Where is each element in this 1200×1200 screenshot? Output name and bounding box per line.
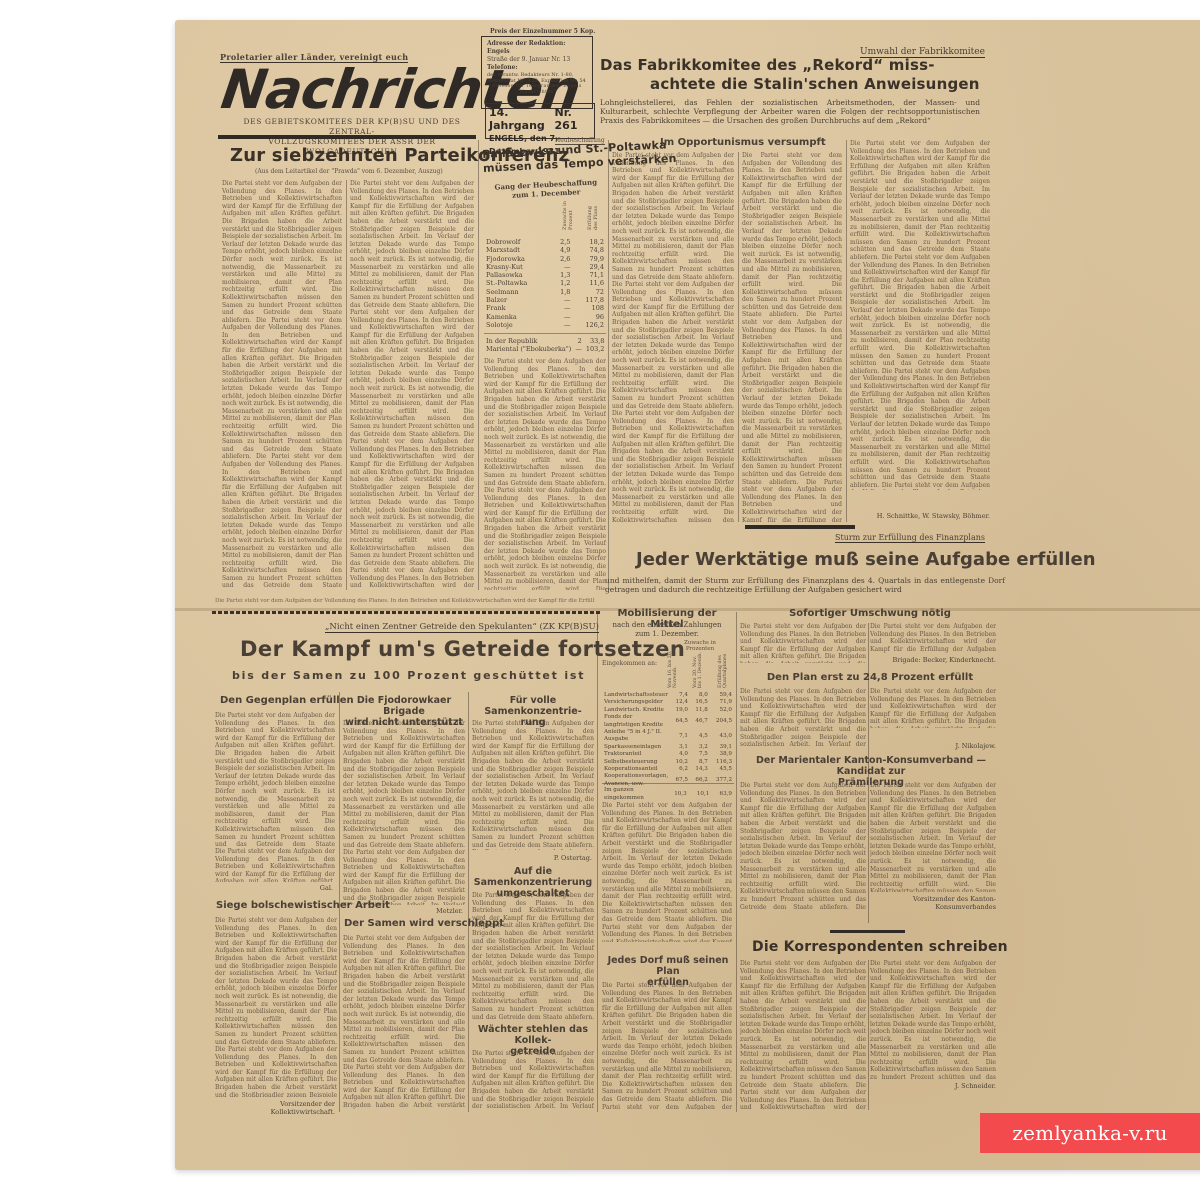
col-header: Erfüllung des Plans [587, 200, 599, 230]
table-row: Mariental ("Ebokuberka")—103,2 [484, 345, 606, 353]
column-divider [608, 140, 609, 590]
address-detail: Straße der 9. Januar Nr. 13 [487, 56, 587, 64]
col-header: Erfüllung des Quartalplanes [718, 648, 728, 688]
cell-value: 14,3 [690, 766, 710, 773]
cell-value: 11,6 [572, 279, 606, 287]
headline-rekord-line1: Das Fabrikkomitee des „Rekord“ miss- [600, 56, 980, 75]
mobilisierung-col-headers: Vom 16. bis 20. Novemb. Vom 20. Nov. bis… [660, 648, 735, 688]
cell-value: 4,9 [551, 246, 572, 254]
cell-value: 7,5 [690, 751, 710, 758]
table-rule [484, 333, 606, 334]
article-body: Die Partei steht vor dem Aufgaben der Vo… [742, 152, 842, 522]
cell-value: 18,2 [572, 238, 606, 246]
row-label: Dobrowolf [484, 238, 551, 246]
cell-value: 4,0 [670, 751, 690, 758]
row-label: Anleihe "5 in 4 J." II. Ausgabe [602, 729, 670, 744]
table-row: Marxstadt4,974,8 [484, 246, 606, 254]
headline-korrespondenten: Die Korrespondenten schreiben [752, 939, 1008, 955]
cell-value: 2,5 [551, 238, 572, 246]
total-b: 10,1 [689, 786, 712, 803]
phone-detail: des verantw. Redakteurs Nr. 1-80, Sekret… [487, 72, 587, 84]
cell-value: 1,3 [551, 271, 572, 279]
article-body: Die Partei steht vor dem Aufgaben der Vo… [350, 180, 474, 590]
row-label: Landwirtschaftssteuer [602, 692, 670, 699]
table-row: Anleihe "5 in 4 J." II. Ausgabe7,14,543,… [602, 729, 734, 744]
cell-value: 74,8 [572, 246, 606, 254]
total-label: Im ganzen eingekommen [602, 786, 666, 803]
issue-number: Nr. 261 [555, 106, 591, 132]
row-label: Frank [484, 304, 551, 312]
cell-value: 38,9 [710, 751, 734, 758]
signature-gegenplan: Gal. [215, 884, 333, 892]
headline-waechter-line1: Wächter stehlen das Kollek- [472, 1024, 594, 1046]
column-divider [868, 623, 869, 923]
article-body: Die Partei steht vor dem Aufgaben der Vo… [870, 960, 996, 1080]
table-row: Sparkasseneinlagen3,13,239,1 [602, 744, 734, 751]
row-label: Balzer [484, 296, 551, 304]
phone-label: Telefone: [487, 64, 587, 72]
source-parteikonferenz: (Aus dem Leitartikel der "Prawda" vom 6.… [255, 168, 443, 175]
cell-value: 2 [573, 337, 584, 345]
pallasowka-col-headers: Zuwachs in Prozent Erfüllung des Plans [555, 200, 605, 230]
signature-mariental: Vorsitzender des Kanton-Konsumverbandes [870, 895, 996, 911]
cell-value: 45,5 [710, 766, 734, 773]
table-row: Seelmann1,872 [484, 288, 606, 296]
table-row: Balzer—117,8 [484, 296, 606, 304]
lead-rekord: Lohngleichstellerei, das Fehlen der sozi… [600, 98, 980, 125]
cell-value: 11,8 [690, 707, 710, 714]
table-row: In der Republik233,8 [484, 337, 606, 345]
signature-samenkonz: P. Ostertag. [472, 854, 592, 862]
article-body: Die Partei steht vor dem Aufgaben der Vo… [870, 782, 996, 892]
article-body: Die Partei steht vor dem Aufgaben der Vo… [740, 960, 866, 1110]
cell-value: 1,2 [551, 279, 572, 287]
cell-value: 8,7 [690, 759, 710, 766]
col-header: Vom 16. bis 20. Novemb. [668, 648, 678, 688]
cell-value: 46,7 [690, 714, 710, 729]
signature-bolschewistisch: Vorsitzender der Kollektivwirtschaft. [215, 1100, 335, 1116]
cell-value: 3,1 [670, 744, 690, 751]
total-a: 10,3 [666, 786, 689, 803]
article-body: Die Partei steht vor dem Aufgaben der Vo… [343, 935, 465, 1110]
telegram-address: Adresse für Telegramme: Engels "Nachrich… [487, 84, 587, 96]
row-label: Mariental ("Ebokuberka") [484, 345, 573, 353]
cell-value: 204,5 [710, 714, 734, 729]
subtitle-getreide: bis der Samen zu 100 Prozent geschüttet … [232, 669, 585, 682]
cell-value: 43,0 [710, 729, 734, 744]
info-box: Adresse der Redaktion: Engels Straße der… [481, 36, 593, 109]
masthead-rule [218, 135, 476, 139]
column-divider [868, 960, 869, 1110]
cell-value: 2,6 [551, 255, 572, 263]
row-label: Fjodorowka [484, 255, 551, 263]
column-divider [736, 612, 737, 1112]
masthead-subtitle-line1: DES GEBIETSKOMITEES DER KP(B)SU UND DES … [232, 117, 472, 137]
section-rule [830, 930, 905, 933]
article-body: Die Partei steht vor dem Aufgaben der Vo… [870, 623, 996, 653]
table-row: Krasny-Kut—29,4 [484, 263, 606, 271]
row-label: Fonds der langfristigen Kredite [602, 714, 670, 729]
row-label: Marxstadt [484, 246, 551, 254]
column-divider [339, 692, 340, 1112]
cell-value: 79,9 [572, 255, 606, 263]
row-label: Versicherungsgelder [602, 699, 670, 706]
signature-umschwung: Brigade: Becker, Kinderknecht. [870, 656, 996, 664]
table-row: Pallasowka1,371,1 [484, 271, 606, 279]
row-label: Kooperationsanteil [602, 766, 670, 773]
subtitle-mobilisierung: nach den einzelnen Zahlungen zum 1. Deze… [602, 621, 732, 638]
table-row: Kamenka—96 [484, 313, 606, 321]
article-body: Die Partei steht vor dem Aufgaben der Vo… [740, 688, 866, 748]
watermark-badge: zemlyanka-v.ru [980, 1113, 1200, 1153]
cell-value: 103,2 [584, 345, 607, 353]
table-row: Dobrowolf2,518,2 [484, 238, 606, 246]
row-label: Sparkasseneinlagen [602, 744, 670, 751]
row-label: St.-Poltawka [484, 279, 551, 287]
section-rule [745, 525, 855, 529]
cell-value: 10,2 [670, 759, 690, 766]
row-label: Solotoje [484, 321, 551, 329]
cell-value: 3,2 [690, 744, 710, 751]
article-body: Die Partei steht vor dem Aufgaben der Vo… [343, 720, 465, 905]
article-body: Die Partei steht vor dem Aufgaben der Vo… [484, 358, 606, 590]
article-body: Die Partei steht vor dem Aufgaben der Vo… [215, 712, 335, 846]
article-body: Die Partei steht vor dem Aufgaben der Vo… [472, 1050, 594, 1110]
heubeschaffung-table: Dobrowolf2,518,2Marxstadt4,974,8Fjodorow… [484, 238, 606, 329]
article-body: Die Partei steht vor dem Aufgaben der Vo… [740, 782, 866, 910]
mobilisierung-table: Landwirtschaftssteuer7,48,059,4Versicher… [602, 692, 734, 788]
headline-rekord-line2: achtete die Stalin'schen Anweisungen [600, 75, 980, 94]
cell-value: 116,3 [710, 759, 734, 766]
col-header: Zuwachs in Prozent [562, 200, 574, 230]
volume: 14. Jahrgang [489, 106, 555, 132]
price-line: Preis der Einzelnummer 5 Kop. [490, 28, 595, 35]
column-divider [478, 140, 479, 590]
cell-value: 126,2 [572, 321, 606, 329]
column-divider [738, 152, 739, 522]
headline-getreide: Der Kampf um's Getreide fortsetzen [240, 637, 685, 661]
signature-plan-248: J. Nikolajew. [870, 742, 996, 750]
table-row: Fjodorowka2,679,9 [484, 255, 606, 263]
headline-fjodorowka-line1: Die Fjodorowkaer Brigade [343, 695, 465, 717]
cell-value: 6,2 [670, 766, 690, 773]
cell-value: 4,5 [690, 729, 710, 744]
subtitle-mobilisierung-line2: zum 1. Dezember. [602, 630, 732, 639]
article-body: Die Partei steht vor dem Aufgaben der Vo… [870, 688, 996, 728]
article-body: Die Partei steht vor dem Aufgaben der Vo… [222, 180, 342, 590]
headline-samenkonz-line1: Für volle Samenkonzentrie- [472, 695, 594, 717]
table-rule [602, 783, 734, 784]
cell-value: 8,0 [690, 692, 710, 699]
article-body: Die Partei steht vor dem Aufgaben der Vo… [602, 982, 732, 1110]
article-body: Die Partei steht vor dem Aufgaben der Vo… [602, 802, 732, 942]
table-row: Frank—108 [484, 304, 606, 312]
address-label: Adresse der Redaktion: Engels [487, 40, 587, 56]
article-body: Die Partei steht vor dem Aufgaben der Vo… [850, 140, 990, 490]
cell-value: 19,0 [670, 707, 690, 714]
headline-jedes-dorf-line1: Jedes Dorf muß seinen Plan [602, 955, 734, 977]
total-c: 63,9 [711, 786, 734, 803]
cell-value: 1,8 [551, 288, 572, 296]
cell-value: — [551, 313, 572, 321]
mobilisierung-total: Im ganzen eingekommen 10,3 10,1 63,9 [602, 786, 734, 803]
headline-umgeschaltet-line1: Auf die Samenkonzentrierung [472, 866, 594, 888]
headline-gegenplan: Den Gegenplan erfüllen [220, 695, 354, 706]
issue-box: 14. JahrgangNr. 261 ENGELS, den 7. Dezem… [485, 103, 595, 139]
cell-value: — [573, 345, 584, 353]
cell-value: 29,4 [572, 263, 606, 271]
lead-finanzplan: und mithelfen, damit der Sturm zur Erfül… [605, 576, 1005, 594]
cell-value: 64,5 [670, 714, 690, 729]
article-body: Die Partei steht vor dem Aufgaben der Vo… [472, 892, 594, 1020]
table-row: Versicherungsgelder12,416,571,9 [602, 699, 734, 706]
row-label: Pallasowka [484, 271, 551, 279]
cell-value: 96 [572, 313, 606, 321]
article-body: Die Partei steht vor dem Aufgaben der Vo… [215, 848, 335, 882]
article-body: Die Partei steht vor dem Aufgaben der Vo… [472, 720, 594, 850]
table-row: St.-Poltawka1,211,6 [484, 279, 606, 287]
cell-value: — [551, 304, 572, 312]
row-label: Kamenka [484, 313, 551, 321]
cell-value: — [551, 296, 572, 304]
cell-value: 16,5 [690, 699, 710, 706]
column-divider [346, 180, 347, 590]
headline-rekord: Das Fabrikkomitee des „Rekord“ miss- ach… [600, 56, 980, 94]
cell-value: 72 [572, 288, 606, 296]
cell-value: 117,8 [572, 296, 606, 304]
headline-plan-248: Den Plan erst zu 24,8 Prozent erfüllt [740, 672, 1000, 683]
heubeschaffung-totals: In der Republik233,8Mariental ("Ebokuber… [484, 337, 606, 354]
row-label: In der Republik [484, 337, 573, 345]
article-body: Die Partei steht vor dem Aufgaben der Vo… [612, 152, 734, 522]
table-row: Fonds der langfristigen Kredite64,546,72… [602, 714, 734, 729]
table-row: Landwirtschaftssteuer7,48,059,4 [602, 692, 734, 699]
article-body: Die Partei steht vor dem Aufgaben der Vo… [215, 917, 337, 1097]
cell-value: 7,4 [670, 692, 690, 699]
continued-text: Die Partei steht vor dem Aufgaben der Vo… [215, 598, 595, 604]
cell-value: 59,4 [710, 692, 734, 699]
kicker-finanzplan: Sturm zur Erfüllung des Finanzplans [835, 533, 985, 543]
subtitle-mobilisierung-line1: nach den einzelnen Zahlungen [602, 621, 732, 630]
row-label-header: Eingekommen an: [602, 660, 657, 667]
signature-fjodorowka: Metzler. [343, 907, 463, 915]
table-row: Kooperationsanteil6,214,345,5 [602, 766, 734, 773]
table-row: Selbstbesteuerung10,28,7116,3 [602, 759, 734, 766]
cell-value: 52,0 [710, 707, 734, 714]
row-label: Selbstbesteuerung [602, 759, 670, 766]
headline-mariental-line1: Der Marientaler Kanton-Konsumverband — K… [740, 755, 1002, 777]
col-header: Vom 20. Nov. bis 1. Dezemb. [693, 648, 703, 688]
table-row: Landwirtsch. Kredite19,011,852,0 [602, 707, 734, 714]
dashed-rule [212, 611, 600, 614]
cell-value: 12,4 [670, 699, 690, 706]
row-label: Seelmann [484, 288, 551, 296]
table-row: Solotoje—126,2 [484, 321, 606, 329]
subhead-opportunismus: Im Opportunismus versumpft [660, 137, 826, 148]
row-label: Traktoranteil [602, 751, 670, 758]
signature-korrespondenten: J. Schneider. [870, 1082, 996, 1090]
cell-value: — [551, 321, 572, 329]
cell-value: 71,1 [572, 271, 606, 279]
article-body: Die Partei steht vor dem Aufgaben der Vo… [740, 623, 866, 663]
kicker-getreide: „Nicht einen Zentner Getreide den Spekul… [325, 622, 599, 633]
headline-umschwung: Sofortiger Umschwung nötig [740, 608, 1000, 619]
cell-value: 33,8 [584, 337, 607, 345]
cell-value: 71,9 [710, 699, 734, 706]
signature-rekord: H. Schnittke, W. Stawsky, Böhmer. [850, 512, 990, 520]
headline-finanzplan: Jeder Werktätige muß seine Aufgabe erfül… [636, 549, 1096, 570]
cell-value: 7,1 [670, 729, 690, 744]
cell-value: 39,1 [710, 744, 734, 751]
column-divider [846, 140, 847, 522]
table-row: Traktoranteil4,07,538,9 [602, 751, 734, 758]
row-label: Krasny-Kut [484, 263, 551, 271]
column-divider [468, 692, 469, 1112]
column-divider [597, 612, 598, 1112]
cell-value: — [551, 263, 572, 271]
row-label: Landwirtsch. Kredite [602, 707, 670, 714]
cell-value: 108 [572, 304, 606, 312]
